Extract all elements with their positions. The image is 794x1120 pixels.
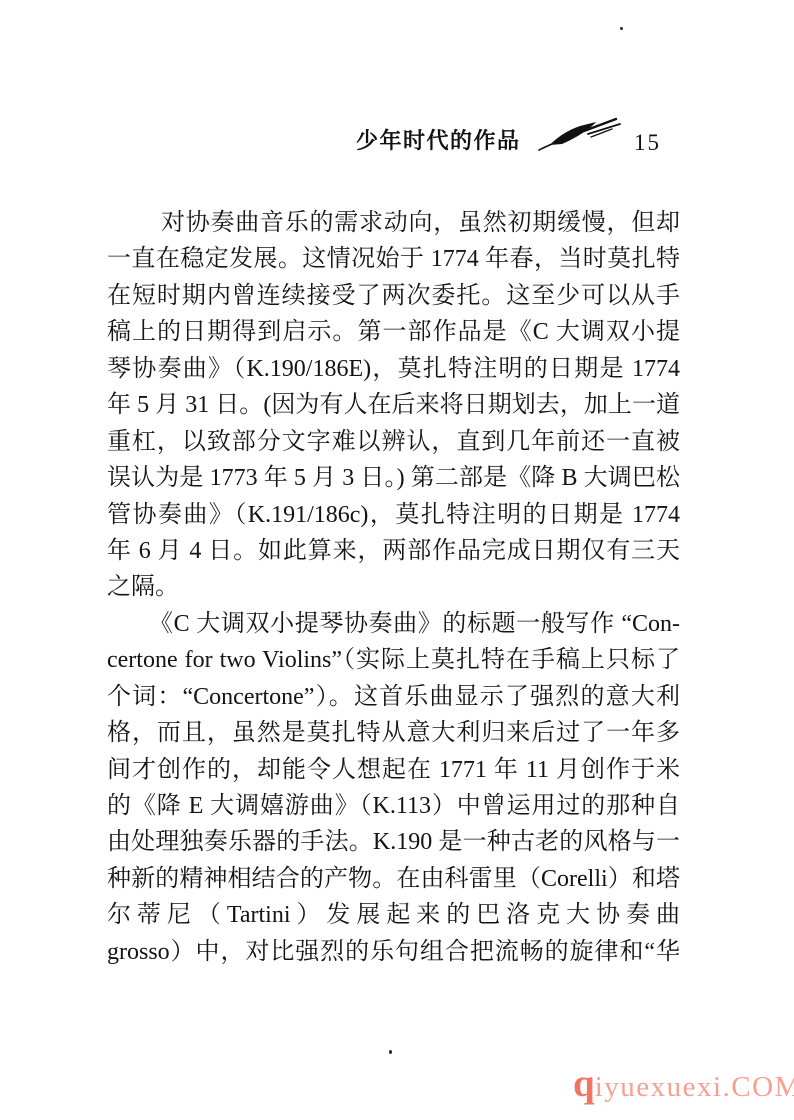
scanned-book-page: 少年时代的作品 15 对协奏曲音乐的需求动向，虽然初期缓慢，但却 一直在稳定发展… (0, 0, 794, 1120)
text-line: 种新的精神相结合的产物。在由科雷里（Corelli）和塔 (107, 861, 680, 897)
watermark-initial: q (573, 1062, 595, 1105)
text-line: 格，而且，虽然是莫扎特从意大利归来后过了一年多时 (107, 715, 680, 751)
scan-speck (620, 27, 623, 30)
text-line: 个词：“Concertone”）。这首乐曲显示了强烈的意大利风 (107, 679, 680, 715)
text-line: 由处理独奏乐器的手法。K.190 是一种古老的风格与一 (107, 824, 680, 860)
text-line: 误认为是 1773 年 5 月 3 日。) 第二部是《降 B 大调巴松 (107, 460, 680, 496)
text-line: certone for two Violins”（实际上莫扎特在手稿上只标了一 (107, 642, 680, 678)
watermark-text: iyuexuexi.COM (595, 1071, 794, 1103)
text-line: 管协奏曲》（K.191/186c)，莫扎特注明的日期是 1774 (107, 497, 680, 533)
text-line: 对协奏曲音乐的需求动向，虽然初期缓慢，但却 (107, 205, 680, 241)
text-line: 之隔。 (107, 569, 680, 605)
text-line: 年 6 月 4 日。如此算来，两部作品完成日期仅有三天 (107, 533, 680, 569)
running-head-title: 少年时代的作品 (356, 128, 521, 154)
text-line: 《C 大调双小提琴协奏曲》的标题一般写作 “Con- (107, 606, 680, 642)
page-number: 15 (634, 130, 661, 156)
text-line: 在短时期内曾连续接受了两次委托。这至少可以从手 (107, 278, 680, 314)
text-line: 的《降 E 大调嬉游曲》（K.113）中曾运用过的那种自 (107, 788, 680, 824)
footer-dot (389, 1050, 392, 1054)
text-line: 一直在稳定发展。这情况始于 1774 年春，当时莫扎特 (107, 241, 680, 277)
site-watermark: qiyuexuexi.COM (573, 1062, 794, 1106)
text-line: 重杠，以致部分文字难以辨认，直到几年前还一直被 (107, 424, 680, 460)
body-text-block: 对协奏曲音乐的需求动向，虽然初期缓慢，但却 一直在稳定发展。这情况始于 1774… (107, 205, 680, 970)
text-line: grosso）中，对比强烈的乐句组合把流畅的旋律和“华 (107, 934, 680, 970)
text-line: 琴协奏曲》（K.190/186E)，莫扎特注明的日期是 1774 (107, 351, 680, 387)
text-line: 年 5 月 31 日。(因为有人在后来将日期划去，加上一道 (107, 387, 680, 423)
quill-pen-icon (536, 116, 626, 154)
text-line: 间才创作的，却能令人想起在 1771 年 11 月创作于米兰 (107, 752, 680, 788)
text-line: 稿上的日期得到启示。第一部作品是《C 大调双小提 (107, 314, 680, 350)
text-line: 尔蒂尼（Tartini）发展起来的巴洛克大协奏曲（concerto (107, 897, 680, 933)
